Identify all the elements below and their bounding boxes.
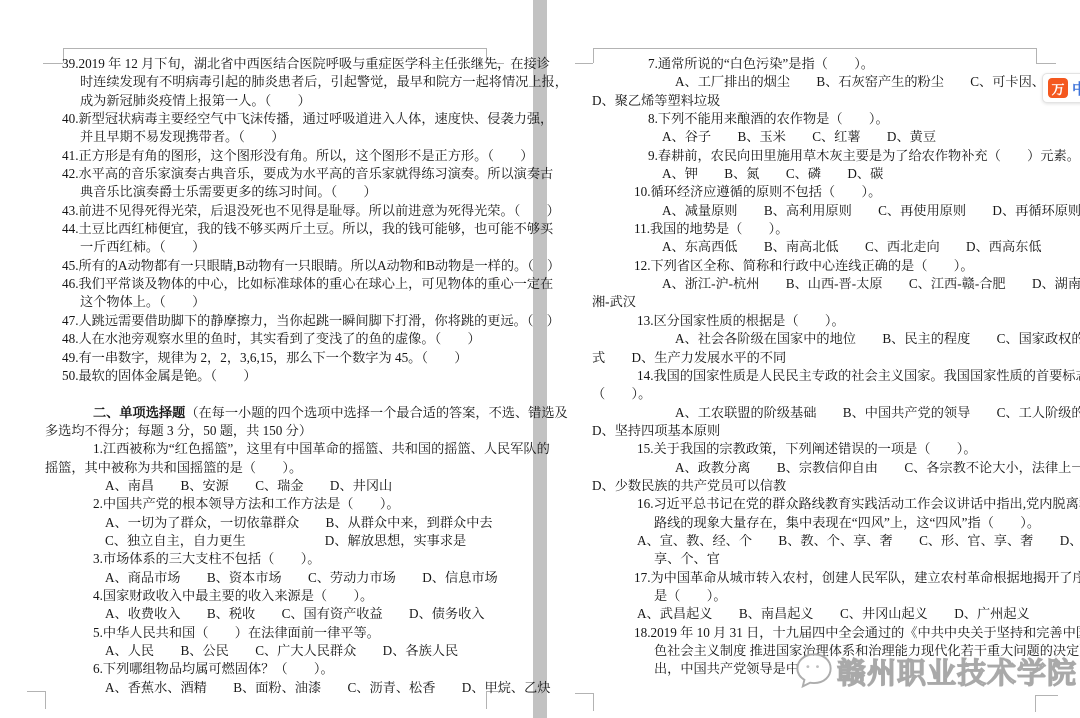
text-line: A、人民 B、公民 C、广大人民群众 D、各族人民 — [45, 642, 520, 660]
page-corner-mark — [1035, 695, 1058, 696]
text-line: A、商品市场 B、资本市场 C、劳动力市场 D、信息市场 — [45, 569, 520, 587]
text-line: 46.我们平常谈及物体的中心，比如标准球体的重心在球心上，可见物体的重心一定在 — [45, 275, 520, 293]
text-line: 一斤西红柿。（ ） — [45, 238, 520, 256]
text-line: A、浙江-沪-杭州 B、山西-晋-太原 C、江西-赣-合肥 D、湖南- — [592, 275, 1077, 293]
text-line: 5.中华人民共和国（ ）在法律面前一律平等。 — [45, 624, 520, 642]
exam-page-left: 39.2019 年 12 月下旬，湖北省中西医结合医院呼吸与重症医学科主任张继先… — [45, 55, 520, 697]
text-line: 湘-武汉 — [592, 293, 1077, 311]
text-line: 48.人在水池旁观察水里的鱼时，其实看到了变浅了的鱼的虚像。（ ） — [45, 330, 520, 348]
page-gap — [533, 0, 547, 718]
text-line: 15.关于我国的宗教政策，下列阐述错误的一项是（ ）。 — [592, 440, 1077, 458]
text-line: 13.区分国家性质的根据是（ ）。 — [592, 312, 1077, 330]
extension-widget[interactable]: 万 中 — [1042, 73, 1080, 103]
text-line: 18.2019 年 10 月 31 日，十九届四中全会通过的《中共中央关于坚持和… — [592, 624, 1077, 642]
exam-page-right: 7.通常所说的“白色污染”是指（ ）。A、工厂排出的烟尘 B、石灰窑产生的粉尘 … — [592, 55, 1077, 679]
page-margin-line — [593, 48, 1036, 49]
watermark-logo-icon — [793, 650, 835, 692]
page-corner-mark — [575, 693, 593, 694]
text-line: A、一切为了群众，一切依靠群众 B、从群众中来，到群众中去 — [45, 514, 520, 532]
text-line: 11.我国的地势是（ ）。 — [592, 220, 1077, 238]
text-line: 9.春耕前，农民向田里施用草木灰主要是为了给农作物补充（ ）元素。 — [592, 147, 1077, 165]
text-line: 14.我国的国家性质是人民民主专政的社会主义国家。我国国家性质的首要标志是 — [592, 367, 1077, 385]
text-line: A、工农联盟的阶级基础 B、中国共产党的领导 C、工人阶级的领导 — [592, 404, 1077, 422]
text-line: （ ）。 — [592, 385, 1077, 403]
text-line: 49.有一串数字，规律为 2，2，3,6,15，那么下一个数字为 45。（ ） — [45, 349, 520, 367]
watermark: 赣州职业技术学院 — [793, 650, 1077, 692]
text-line: 50.最软的固体金属是铯。（ ） — [45, 367, 520, 385]
text-line: A、钾 B、氮 C、磷 D、碳 — [592, 165, 1077, 183]
text-line: 4.国家财政收入中最主要的收入来源是（ ）。 — [45, 587, 520, 605]
text-line: A、政教分离 B、宗教信仰自由 C、各宗教不论大小，法律上一律平等 — [592, 459, 1077, 477]
text-line: A、南昌 B、安源 C、瑞金 D、井冈山 — [45, 477, 520, 495]
text-line: 10.循环经济应遵循的原则不包括（ ）。 — [592, 183, 1077, 201]
text-line: C、独立自主，自力更生 D、解放思想，实事求是 — [45, 532, 520, 550]
text-line: A、香蕉水、酒精 B、面粉、油漆 C、沥青、松香 D、甲烷、乙炔 — [45, 679, 520, 697]
text-line: 16.习近平总书记在党的群众路线教育实践活动工作会议讲话中指出,党内脱离群众 — [592, 495, 1077, 513]
widget-label: 中 — [1072, 78, 1080, 99]
text-line — [45, 385, 520, 403]
text-line: 41.正方形是有角的图形，这个图形没有角。所以，这个图形不是正方形。（ ） — [45, 147, 520, 165]
text-line: A、工厂排出的烟尘 B、石灰窑产生的粉尘 C、可卡因、海洛因等毒品 — [592, 73, 1077, 91]
text-line: 享、个、官 — [592, 550, 1077, 568]
text-line: 时连续发现有不明病毒引起的肺炎患者后，引起警觉，最早和院方一起将情况上报， — [45, 73, 520, 91]
text-line: A、社会各阶级在国家中的地位 B、民主的程度 C、国家政权的组织形 — [592, 330, 1077, 348]
text-line: 二、单项选择题（在每一小题的四个选项中选择一个最合适的答案，不选、错选及 — [45, 404, 520, 422]
page-corner-mark — [27, 691, 45, 692]
text-line: 式 D、生产力发展水平的不同 — [592, 349, 1077, 367]
text-line: 路线的现象大量存在，集中表现在“四风”上，这“四风”指（ ）。 — [592, 514, 1077, 532]
page-corner-mark — [1035, 695, 1036, 712]
text-line: 摇篮，其中被称为共和国摇篮的是（ ）。 — [45, 459, 520, 477]
text-line: 40.新型冠状病毒主要经空气中飞沫传播，通过呼吸道进入人体，速度快、侵袭力强， — [45, 110, 520, 128]
wan-icon[interactable]: 万 — [1048, 78, 1068, 98]
text-line: 17.为中国革命从城市转入农村，创建人民军队，建立农村革命根据地揭开了序幕的 — [592, 569, 1077, 587]
text-line: 是（ ）。 — [592, 587, 1077, 605]
text-line: 8.下列不能用来酿酒的农作物是（ ）。 — [592, 110, 1077, 128]
text-line: 3.市场体系的三大支柱不包括（ ）。 — [45, 550, 520, 568]
page-corner-mark — [593, 693, 594, 711]
text-line: A、收费收入 B、税收 C、国有资产收益 D、债务收入 — [45, 605, 520, 623]
text-line: 39.2019 年 12 月下旬，湖北省中西医结合医院呼吸与重症医学科主任张继先… — [45, 55, 520, 73]
text-line: A、武昌起义 B、南昌起义 C、井冈山起义 D、广州起义 — [592, 605, 1077, 623]
text-line: 12.下列省区全称、简称和行政中心连线正确的是（ ）。 — [592, 257, 1077, 275]
text-line: D、坚持四项基本原则 — [592, 422, 1077, 440]
text-line: 47.人跳远需要借助脚下的静摩擦力，当你起跳一瞬间脚下打滑，你将跳的更远。（ ） — [45, 312, 520, 330]
text-line: 典音乐比演奏爵士乐需要更多的练习时间。（ ） — [45, 183, 520, 201]
page-corner-mark — [575, 63, 593, 64]
text-line: 6.下列哪组物品均属可燃固体？（ ）。 — [45, 660, 520, 678]
text-line: 44.土豆比西红柿便宜，我的钱不够买两斤土豆。所以，我的钱可能够，也可能不够买 — [45, 220, 520, 238]
text-line: 1.江西被称为“红色摇篮”，这里有中国革命的摇篮、共和国的摇篮、人民军队的 — [45, 440, 520, 458]
watermark-text: 赣州职业技术学院 — [837, 651, 1077, 692]
text-line: A、宣、教、经、个 B、教、个、享、奢 C、形、官、享、奢 D、经、 — [592, 532, 1077, 550]
text-line: 42.水平高的音乐家演奏古典音乐，要成为水平高的音乐家就得练习演奏。所以演奏古 — [45, 165, 520, 183]
text-line: 并且早期不易发现携带者。（ ） — [45, 128, 520, 146]
page-margin-line — [63, 48, 486, 49]
text-line: A、东高西低 B、南高北低 C、西北走向 D、西高东低 — [592, 238, 1077, 256]
text-line: 43.前进不见得死得光荣，后退没死也不见得是耻辱。所以前进意为死得光荣。（ ） — [45, 202, 520, 220]
text-line: 成为新冠肺炎疫情上报第一人。（ ） — [45, 92, 520, 110]
text-line: A、谷子 B、玉米 C、红薯 D、黄豆 — [592, 128, 1077, 146]
text-line: 45.所有的A动物都有一只眼睛,B动物有一只眼睛。所以A动物和B动物是一样的。（… — [45, 257, 520, 275]
text-line: 多选均不得分；每题 3 分，50 题，共 150 分） — [45, 422, 520, 440]
text-line: 7.通常所说的“白色污染”是指（ ）。 — [592, 55, 1077, 73]
text-line: A、减量原则 B、高利用原则 C、再使用原则 D、再循环原则 — [592, 202, 1077, 220]
text-line: 这个物体上。（ ） — [45, 293, 520, 311]
text-line: D、聚乙烯等塑料垃圾 — [592, 92, 1077, 110]
text-line: 2.中国共产党的根本领导方法和工作方法是（ ）。 — [45, 495, 520, 513]
text-line: D、少数民族的共产党员可以信教 — [592, 477, 1077, 495]
